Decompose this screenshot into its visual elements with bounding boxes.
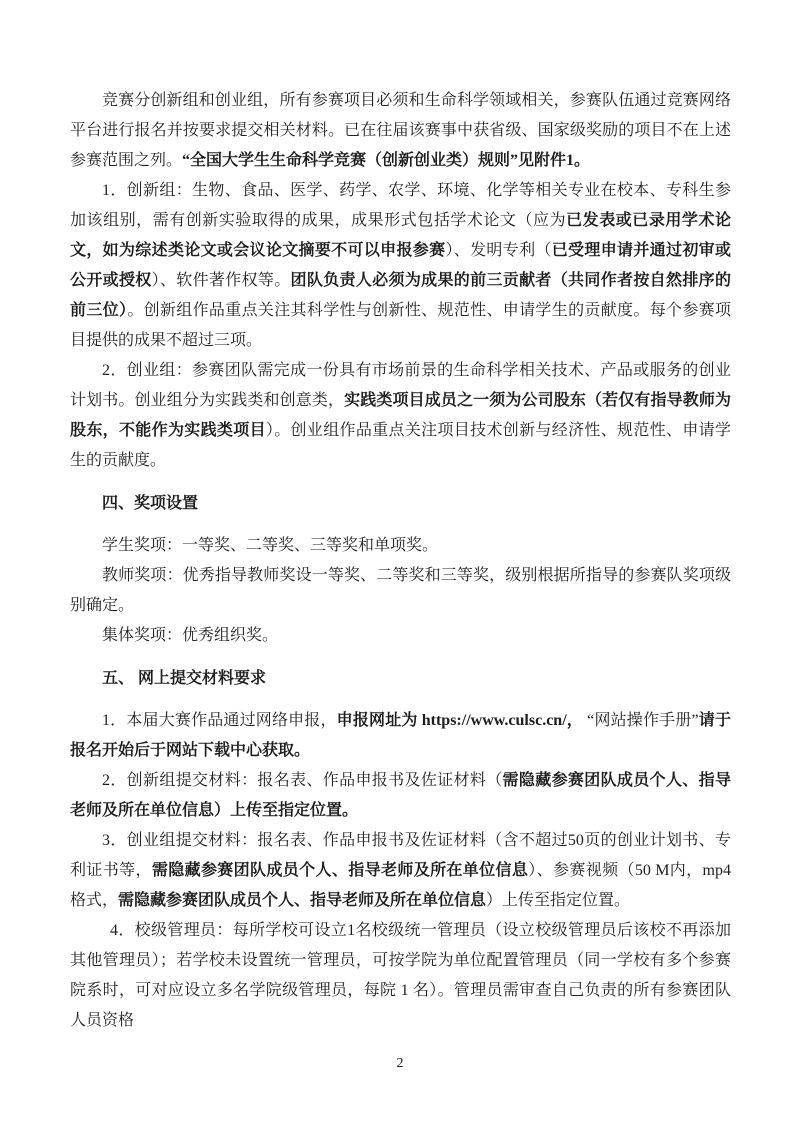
text-run: 学生奖项：一等奖、二等奖、三等奖和单项奖。 [102,537,438,554]
paragraph-group-awards: 集体奖项：优秀组织奖。 [70,621,731,651]
paragraph-innovation-group: 1．创新组：生物、食品、医学、药学、农学、环境、化学等相关专业在校本、专科生参加… [70,176,731,356]
page-number: 2 [0,1054,800,1074]
text-run-bold: “全国大学生生命科学竞赛（创新创业类）规则”见附件1。 [182,152,590,169]
section-heading-awards: 四、奖项设置 [70,489,731,519]
text-run: ）、发明专利（ [445,242,551,259]
text-run: 集体奖项：优秀组织奖。 [102,627,278,644]
text-run: 教师奖项：优秀指导教师奖设一等奖、二等奖和三等奖，级别根据所指导的参赛队奖项级别… [70,567,731,614]
paragraph-submission-website: 1．本届大赛作品通过网络申报，申报网址为 https://www.culsc.c… [70,706,731,766]
text-run-bold: 需隐藏参赛团队成员个人、指导老师及所在单位信息 [118,892,486,909]
paragraph-innovation-materials: 2．创新组提交材料：报名表、作品申报书及佐证材料（需隐藏参赛团队成员个人、指导老… [70,766,731,826]
text-run-bold: 申报网址为 https://www.culsc.cn/， [337,712,583,729]
document-page: 竞赛分创新组和创业组，所有参赛项目必须和生命科学领域相关，参赛队伍通过竞赛网络平… [0,0,800,1131]
text-run: 。创新组作品重点关注其科学性与创新性、规范性、申请学生的贡献度。每个参赛项目提供… [70,302,731,349]
paragraph-student-awards: 学生奖项：一等奖、二等奖、三等奖和单项奖。 [70,531,731,561]
text-run: “网站操作手册” [583,712,699,729]
section-heading-online-submission: 五、 网上提交材料要求 [70,664,731,694]
text-run: 4．校级管理员：每所学校可设立1名校级统一管理员（设立校级管理员后该校不再添加其… [70,922,731,1029]
paragraph-intro: 竞赛分创新组和创业组，所有参赛项目必须和生命科学领域相关，参赛队伍通过竞赛网络平… [70,86,731,176]
paragraph-teacher-awards: 教师奖项：优秀指导教师奖设一等奖、二等奖和三等奖，级别根据所指导的参赛队奖项级别… [70,561,731,621]
paragraph-startup-group: 2．创业组：参赛团队需完成一份具有市场前景的生命科学相关技术、产品或服务的创业计… [70,356,731,476]
text-run-bold: 需隐藏参赛团队成员个人、指导老师及所在单位信息 [152,862,528,879]
paragraph-school-admin: 4．校级管理员：每所学校可设立1名校级统一管理员（设立校级管理员后该校不再添加其… [70,916,731,1036]
text-run: ）上传至指定位置。 [486,892,630,909]
paragraph-startup-materials: 3．创业组提交材料：报名表、作品申报书及佐证材料（含不超过50页的创业计划书、专… [70,826,731,916]
text-run: 2．创新组提交材料：报名表、作品申报书及佐证材料（ [102,772,503,789]
text-run: ）、软件著作权等。 [152,272,291,289]
text-run-bold: ）上传至指定位置。 [214,802,358,819]
text-run: 1．本届大赛作品通过网络申报， [102,712,337,729]
